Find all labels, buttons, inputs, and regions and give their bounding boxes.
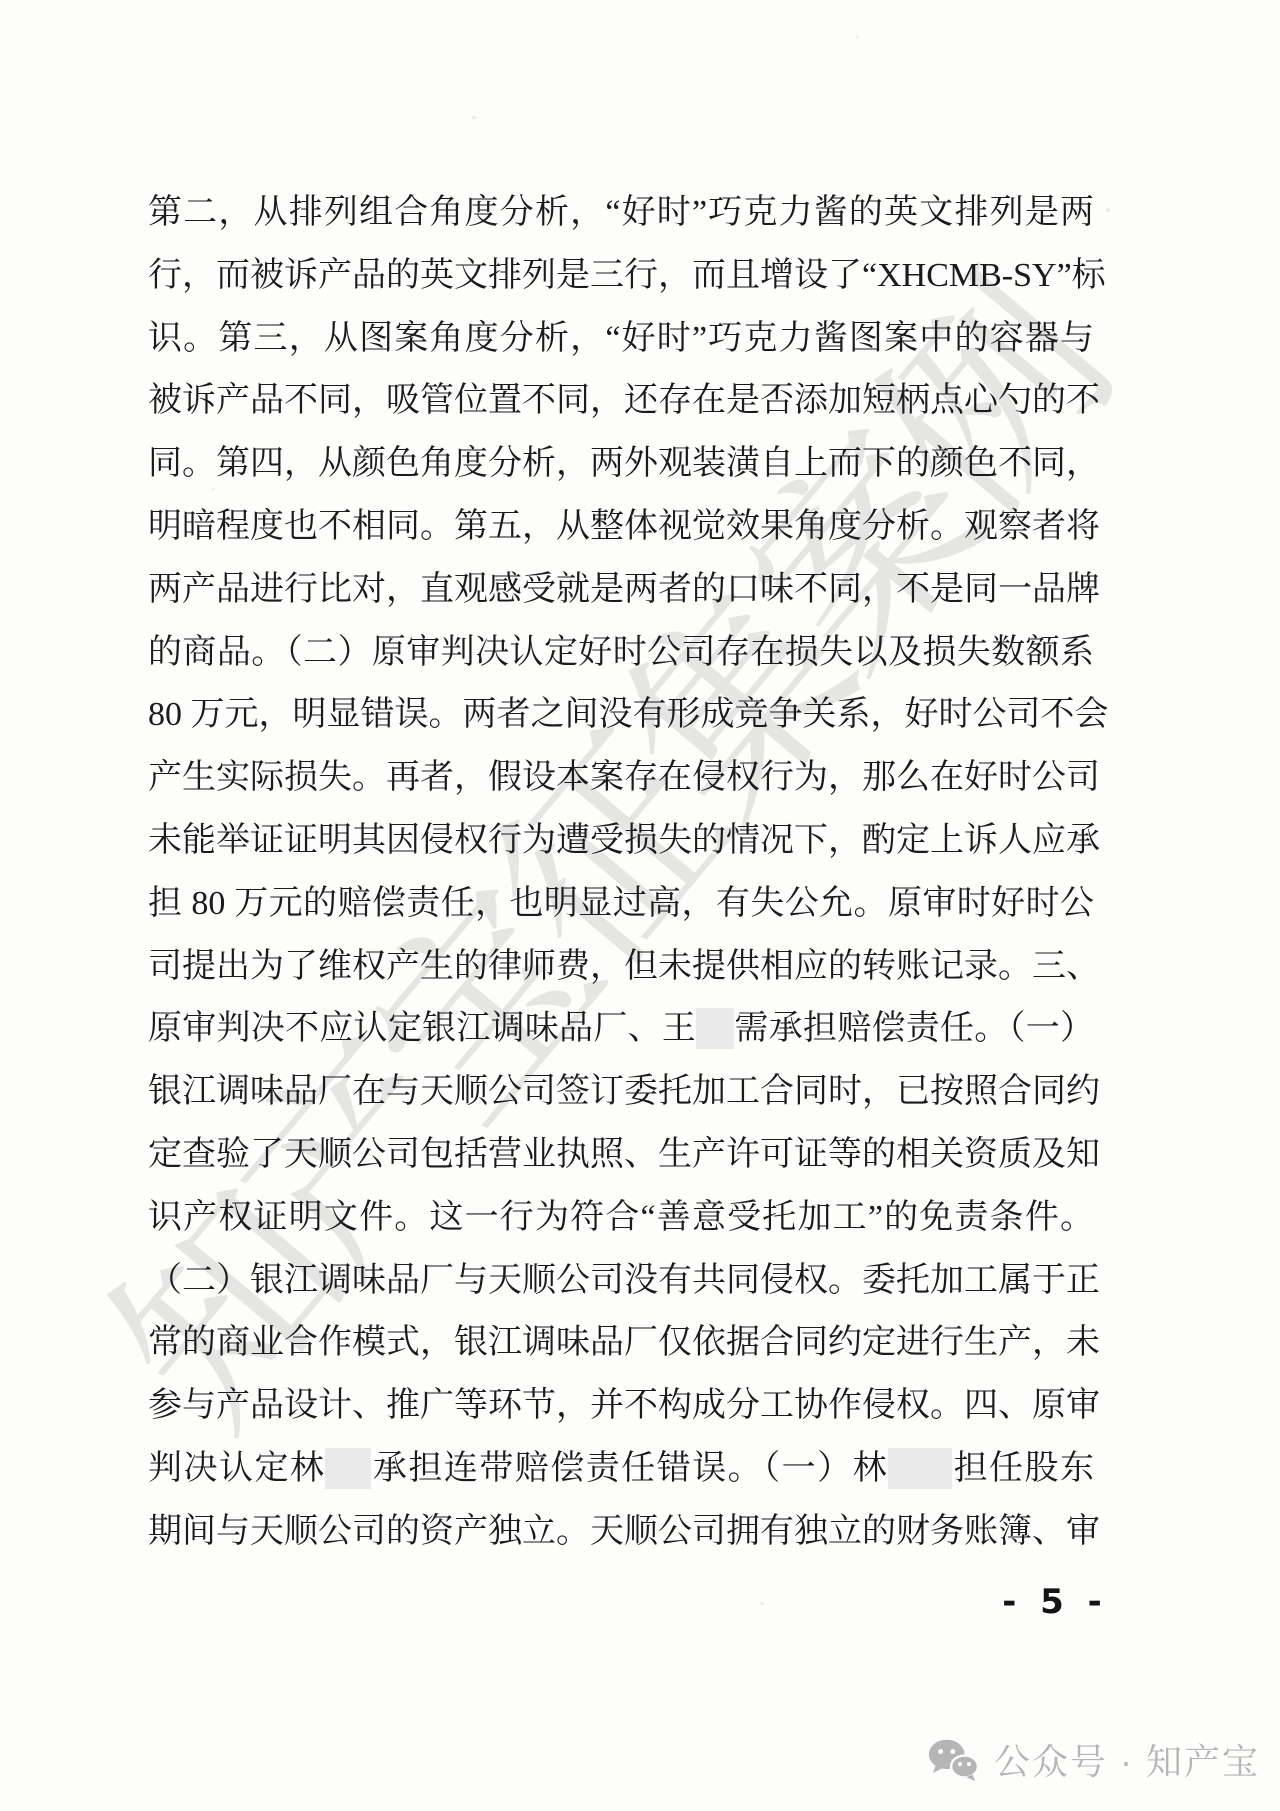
text-line: 两产品进行比对，直观感受就是两者的口味不同，不是同一品牌: [148, 559, 1094, 622]
document-text: 第二，从排列组合角度分析，“好时”巧克力酱的英文排列是两行，而被诉产品的英文排列…: [148, 182, 1094, 1564]
text-line: 银江调味品厂在与天顺公司签订委托加工合同时，已按照合同约: [148, 1061, 1094, 1124]
text-segment: 银江调味品厂在与天顺公司签订委托加工合同时，已按照合同约: [148, 1073, 1100, 1110]
text-line: 同。第四，从颜色角度分析，两外观装潢自上而下的颜色不同，: [148, 433, 1094, 496]
text-segment: 未能举证证明其因侵权行为遭受损失的情况下，酌定上诉人应承: [148, 822, 1100, 859]
text-line: 未能举证证明其因侵权行为遭受损失的情况下，酌定上诉人应承: [148, 810, 1094, 873]
text-line: 担 80 万元的赔偿责任，也明显过高，有失公允。原审时好时公: [148, 873, 1094, 936]
text-segment: 常的商业合作模式，银江调味品厂仅依据合同约定进行生产，未: [148, 1324, 1100, 1361]
text-line: 第二，从排列组合角度分析，“好时”巧克力酱的英文排列是两: [148, 182, 1094, 245]
footer-label: 公众号 · 知产宝: [994, 1734, 1260, 1785]
scan-speck: [1106, 208, 1110, 212]
text-line: 常的商业合作模式，银江调味品厂仅依据合同约定进行生产，未: [148, 1312, 1094, 1375]
text-segment: 的商品。（二）原审判决认定好时公司存在损失以及损失数额系: [148, 634, 1094, 671]
text-line: 定查验了天顺公司包括营业执照、生产许可证等的相关资质及知: [148, 1124, 1094, 1187]
text-line: 原审判决不应认定银江调味品厂、王需承担赔偿责任。（一）: [148, 998, 1094, 1061]
redaction-box: [325, 1448, 371, 1489]
text-segment: 担任股东: [952, 1450, 1094, 1487]
text-line: 参与产品设计、推广等环节，并不构成分工协作侵权。四、原审: [148, 1375, 1094, 1438]
text-line: 识产权证明文件。这一行为符合“善意受托加工”的免责条件。: [148, 1187, 1094, 1250]
text-line: 期间与天顺公司的资产独立。天顺公司拥有独立的财务账簿、审: [148, 1501, 1094, 1564]
text-segment: 需承担赔偿责任。（一）: [734, 1010, 1094, 1047]
wechat-icon: [928, 1737, 980, 1783]
page: 知产宝征集案例 第二，从排列组合角度分析，“好时”巧克力酱的英文排列是两行，而被…: [0, 0, 1280, 1811]
text-segment: 司提出为了维权产生的律师费，但未提供相应的转账记录。三、: [148, 948, 1100, 985]
scan-speck: [472, 116, 476, 119]
text-line: 被诉产品不同，吸管位置不同，还存在是否添加短柄点心勺的不: [148, 370, 1094, 433]
text-segment: 承担连带赔偿责任错误。（一）林: [371, 1450, 888, 1487]
text-line: 行，而被诉产品的英文排列是三行，而且增设了“XHCMB-SY”标: [148, 245, 1094, 308]
text-segment: （二）银江调味品厂与天顺公司没有共同侵权。委托加工属于正: [148, 1262, 1100, 1299]
text-segment: 产生实际损失。再者，假设本案存在侵权行为，那么在好时公司: [148, 759, 1100, 796]
text-segment: 第二，从排列组合角度分析，“好时”巧克力酱的英文排列是两: [148, 194, 1094, 231]
text-segment: 参与产品设计、推广等环节，并不构成分工协作侵权。四、原审: [148, 1387, 1100, 1424]
scan-speck: [760, 1602, 764, 1605]
text-line: 司提出为了维权产生的律师费，但未提供相应的转账记录。三、: [148, 936, 1094, 999]
text-line: 判决认定林承担连带赔偿责任错误。（一）林担任股东: [148, 1438, 1094, 1501]
footer: 公众号 · 知产宝: [928, 1734, 1260, 1785]
text-segment: 识。第三，从图案角度分析，“好时”巧克力酱图案中的容器与: [148, 320, 1094, 357]
text-segment: 担 80 万元的赔偿责任，也明显过高，有失公允。原审时好时公: [148, 885, 1094, 922]
text-segment: 行，而被诉产品的英文排列是三行，而且增设了“XHCMB-SY”标: [148, 257, 1106, 294]
text-segment: 被诉产品不同，吸管位置不同，还存在是否添加短柄点心勺的不: [148, 382, 1100, 419]
page-number: - 5 -: [1000, 1582, 1110, 1622]
text-segment: 两产品进行比对，直观感受就是两者的口味不同，不是同一品牌: [148, 571, 1100, 608]
text-line: 产生实际损失。再者，假设本案存在侵权行为，那么在好时公司: [148, 747, 1094, 810]
text-segment: 80 万元，明显错误。两者之间没有形成竞争关系，好时公司不会: [148, 696, 1109, 733]
text-segment: 定查验了天顺公司包括营业执照、生产许可证等的相关资质及知: [148, 1136, 1100, 1173]
text-line: 明暗程度也不相同。第五，从整体视觉效果角度分析。观察者将: [148, 496, 1094, 559]
text-segment: 同。第四，从颜色角度分析，两外观装潢自上而下的颜色不同，: [148, 445, 1100, 482]
text-segment: 识产权证明文件。这一行为符合“善意受托加工”的免责条件。: [148, 1199, 1094, 1236]
text-line: 80 万元，明显错误。两者之间没有形成竞争关系，好时公司不会: [148, 684, 1094, 747]
text-line: 的商品。（二）原审判决认定好时公司存在损失以及损失数额系: [148, 622, 1094, 685]
text-segment: 明暗程度也不相同。第五，从整体视觉效果角度分析。观察者将: [148, 508, 1100, 545]
redaction-box: [888, 1448, 952, 1489]
redaction-box: [696, 1008, 734, 1049]
text-segment: 判决认定林: [148, 1450, 325, 1487]
text-segment: 期间与天顺公司的资产独立。天顺公司拥有独立的财务账簿、审: [148, 1513, 1100, 1550]
scan-speck: [856, 36, 859, 39]
text-line: 识。第三，从图案角度分析，“好时”巧克力酱图案中的容器与: [148, 308, 1094, 371]
text-segment: 原审判决不应认定银江调味品厂、王: [148, 1010, 696, 1047]
text-line: （二）银江调味品厂与天顺公司没有共同侵权。委托加工属于正: [148, 1250, 1094, 1313]
